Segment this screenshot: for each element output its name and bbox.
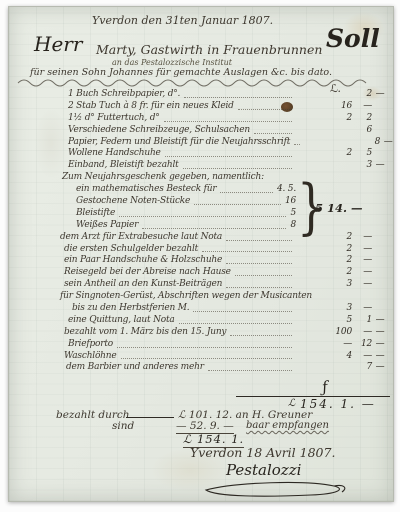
ledger-row-text: sein Antheil an den Kunst-Beiträgen xyxy=(64,279,222,289)
ledger-row-text: ein mathematisches Besteck für xyxy=(76,184,216,194)
ledger-row-text: Einband, Bleistift bezahlt xyxy=(68,160,179,170)
ledger-row-text: Gestochene Noten-Stücke xyxy=(76,196,190,206)
ledger-row: Briefporto — 12 — xyxy=(56,339,392,351)
amount-livres: 2 xyxy=(322,255,352,265)
closing-place-date: Yverdon 18 Avril 1807. xyxy=(190,445,335,460)
ledger-row-text: für Singnoten-Gerüst, Abschriften wegen … xyxy=(60,291,312,301)
ledger-row: 2 Stab Tuch à 8 fr. für ein neues Kleid … xyxy=(56,101,392,113)
amount-dash: — xyxy=(372,327,388,337)
ledger-row-text: Papier, Federn und Bleistift für die Neu… xyxy=(68,137,290,147)
amount-livres: 2 xyxy=(322,244,352,254)
dotted-leader xyxy=(294,138,300,145)
dotted-leader xyxy=(183,162,292,169)
scanned-document-page: Yverdon den 31ten Januar 1807. Herr Mart… xyxy=(0,0,400,512)
dotted-leader xyxy=(164,115,292,122)
ledger-row: sein Antheil an den Kunst-Beiträgen 3 — xyxy=(56,279,392,291)
ledger-row: Waschlöhne 4 — — xyxy=(56,351,392,363)
ledger-row-text: 1½ d° Futtertuch, d° xyxy=(68,113,160,123)
ledger-row: dem Barbier und anderes mehr 7 — xyxy=(56,362,392,374)
amount-livres: 5 xyxy=(322,315,352,325)
dotted-leader xyxy=(202,245,292,252)
ledger-row-inner-amount: 4. 5. xyxy=(277,184,296,194)
dotted-leader xyxy=(254,127,292,134)
amount-schilling: 6 xyxy=(352,125,372,135)
ledger-row: 1½ d° Futtertuch, d° 2 2 xyxy=(56,113,392,125)
ledger-row: Zum Neujahrsgeschenk gegeben, namentlich… xyxy=(56,172,392,184)
ledger-row: Weißes Papier 8 xyxy=(56,220,392,232)
amount-schilling: — xyxy=(352,327,372,337)
debtor-line: Marty, Gastwirth in Frauenbrunnen xyxy=(96,42,322,57)
amount-schilling: — xyxy=(352,303,372,313)
ledger-row-inner-amount: 5 xyxy=(290,208,296,218)
ledger-row-text: Briefporto xyxy=(68,339,113,349)
amount-livres: 3 xyxy=(322,303,352,313)
ledger-row: ein mathematisches Besteck für 4. 5. xyxy=(56,184,392,196)
ledger-row-text: Wollene Handschuhe xyxy=(68,148,161,158)
amount-dash: — xyxy=(372,339,388,349)
dotted-leader xyxy=(179,317,292,324)
amount-livres: 2 xyxy=(322,267,352,277)
dotted-leader xyxy=(121,352,292,359)
amount-schilling: 3 xyxy=(352,160,372,170)
ledger-row-text: dem Barbier und anderes mehr xyxy=(66,362,204,372)
ledger-row: Papier, Federn und Bleistift für die Neu… xyxy=(56,137,392,149)
ledger-row: bezahlt vom 1. März bis den 15. Juny 100… xyxy=(56,327,392,339)
dotted-leader xyxy=(226,257,292,264)
ledger-row-text: Zum Neujahrsgeschenk gegeben, namentlich… xyxy=(62,172,264,182)
ledger-row: die ersten Schulgelder bezahlt 2 — xyxy=(56,244,392,256)
amount-schilling: 2 xyxy=(352,113,372,123)
dotted-leader xyxy=(226,281,292,288)
ledger-row-text: dem Arzt für Extrabesuche laut Nota xyxy=(60,232,222,242)
ledger-row: bis zu den Herbstferien M. 3 — xyxy=(56,303,392,315)
dotted-leader xyxy=(238,103,292,110)
amount-schilling: — xyxy=(352,267,372,277)
ledger-row-text: eine Quittung, laut Nota xyxy=(68,315,175,325)
settlement-cash-note: baar empfangen xyxy=(246,420,329,431)
ledger-row-text: Weißes Papier xyxy=(76,220,138,230)
ledger-row-text: 1 Buch Schreibpapier, d°. xyxy=(68,89,180,99)
ledger-row: Wollene Handschuhe 2 5 xyxy=(56,148,392,160)
amount-schilling: 7 xyxy=(352,362,372,372)
amount-schilling: 2 xyxy=(352,89,372,99)
amount-schilling: 1 xyxy=(352,315,372,325)
ledger-row: Verschiedene Schreibzeuge, Schulsachen 6 xyxy=(56,125,392,137)
amount-schilling: — xyxy=(352,244,372,254)
ledger-row: ein Paar Handschuhe & Holzschuhe 2 — xyxy=(56,255,392,267)
dotted-leader xyxy=(119,210,286,217)
dotted-leader xyxy=(117,341,292,348)
dotted-leader xyxy=(165,150,292,157)
ledger-row-text: bezahlt vom 1. März bis den 15. Juny xyxy=(64,327,226,337)
ledger-row: eine Quittung, laut Nota 5 1 — xyxy=(56,315,392,327)
amount-livres: 2 xyxy=(322,113,352,123)
amount-schilling: — xyxy=(352,232,372,242)
group-total: 5 14. — xyxy=(315,201,363,215)
settlement-sind-label: sind xyxy=(112,420,134,432)
debit-label: Soll xyxy=(326,24,380,53)
dotted-leader xyxy=(194,198,281,205)
amount-dash: — xyxy=(372,89,388,99)
amount-schilling: — xyxy=(352,279,372,289)
dotted-leader xyxy=(235,269,292,276)
amount-schilling: 5 xyxy=(352,148,372,158)
ledger-row: Einband, Bleistift bezahlt 3 — xyxy=(56,160,392,172)
ledger-row-text: ein Paar Handschuhe & Holzschuhe xyxy=(64,255,222,265)
amount-livres: 100 xyxy=(322,327,352,337)
dotted-leader xyxy=(226,234,292,241)
amount-livres: — xyxy=(322,339,352,349)
amount-dash: — xyxy=(380,137,396,147)
amount-dash: — xyxy=(372,315,388,325)
signature-flourish xyxy=(196,478,346,502)
grand-total-currency: ℒ xyxy=(288,398,295,409)
ledger-row-inner-amount: 16 xyxy=(285,196,296,206)
amount-schilling: — xyxy=(352,351,372,361)
salutation: Herr xyxy=(34,32,82,56)
amount-schilling: — xyxy=(352,255,372,265)
dotted-leader xyxy=(230,329,292,336)
header-date-line: Yverdon den 31ten Januar 1807. xyxy=(92,14,273,27)
dotted-leader xyxy=(220,186,273,193)
items-list: 1 Buch Schreibpapier, d°. 2 — 2 Stab Tuc… xyxy=(56,89,392,374)
dotted-leader xyxy=(184,91,292,98)
ledger-row: dem Arzt für Extrabesuche laut Nota 2 — xyxy=(56,232,392,244)
ledger-row: Reisegeld bei der Abreise nach Hause 2 — xyxy=(56,267,392,279)
amount-livres: 2 xyxy=(322,148,352,158)
ledger-row-text: Reisegeld bei der Abreise nach Hause xyxy=(64,267,231,277)
signature: Pestalozzi xyxy=(226,461,301,479)
ledger-row-text: Bleistifte xyxy=(76,208,115,218)
wavy-divider xyxy=(18,76,378,88)
ledger-row: 1 Buch Schreibpapier, d°. 2 — xyxy=(56,89,392,101)
ledger-row-text: bis zu den Herbstferien M. xyxy=(72,303,189,313)
amount-dash: — xyxy=(372,362,388,372)
amount-livres: 2 xyxy=(322,232,352,242)
amount-livres: 4 xyxy=(322,351,352,361)
dotted-leader xyxy=(208,364,292,371)
amount-schilling: — xyxy=(352,101,372,111)
ledger-row-text: Verschiedene Schreibzeuge, Schulsachen xyxy=(68,125,250,135)
ledger-row-text: Waschlöhne xyxy=(64,351,117,361)
amount-dash: — xyxy=(372,160,388,170)
dotted-leader xyxy=(142,222,286,229)
settlement-dash xyxy=(126,417,174,418)
amount-schilling: 8 xyxy=(360,137,380,147)
amount-dash: — xyxy=(372,351,388,361)
institute-line: an das Pestalozzische Institut xyxy=(112,58,232,67)
dotted-leader xyxy=(193,305,292,312)
ledger-row-text: 2 Stab Tuch à 8 fr. für ein neues Kleid xyxy=(68,101,234,111)
ledger-row-inner-amount: 8 xyxy=(290,220,296,230)
amount-livres: 16 xyxy=(322,101,352,111)
amount-livres: 3 xyxy=(322,279,352,289)
ledger-row-text: die ersten Schulgelder bezahlt xyxy=(64,244,198,254)
ledger-row: für Singnoten-Gerüst, Abschriften wegen … xyxy=(56,291,392,303)
amount-schilling: 12 xyxy=(352,339,372,349)
